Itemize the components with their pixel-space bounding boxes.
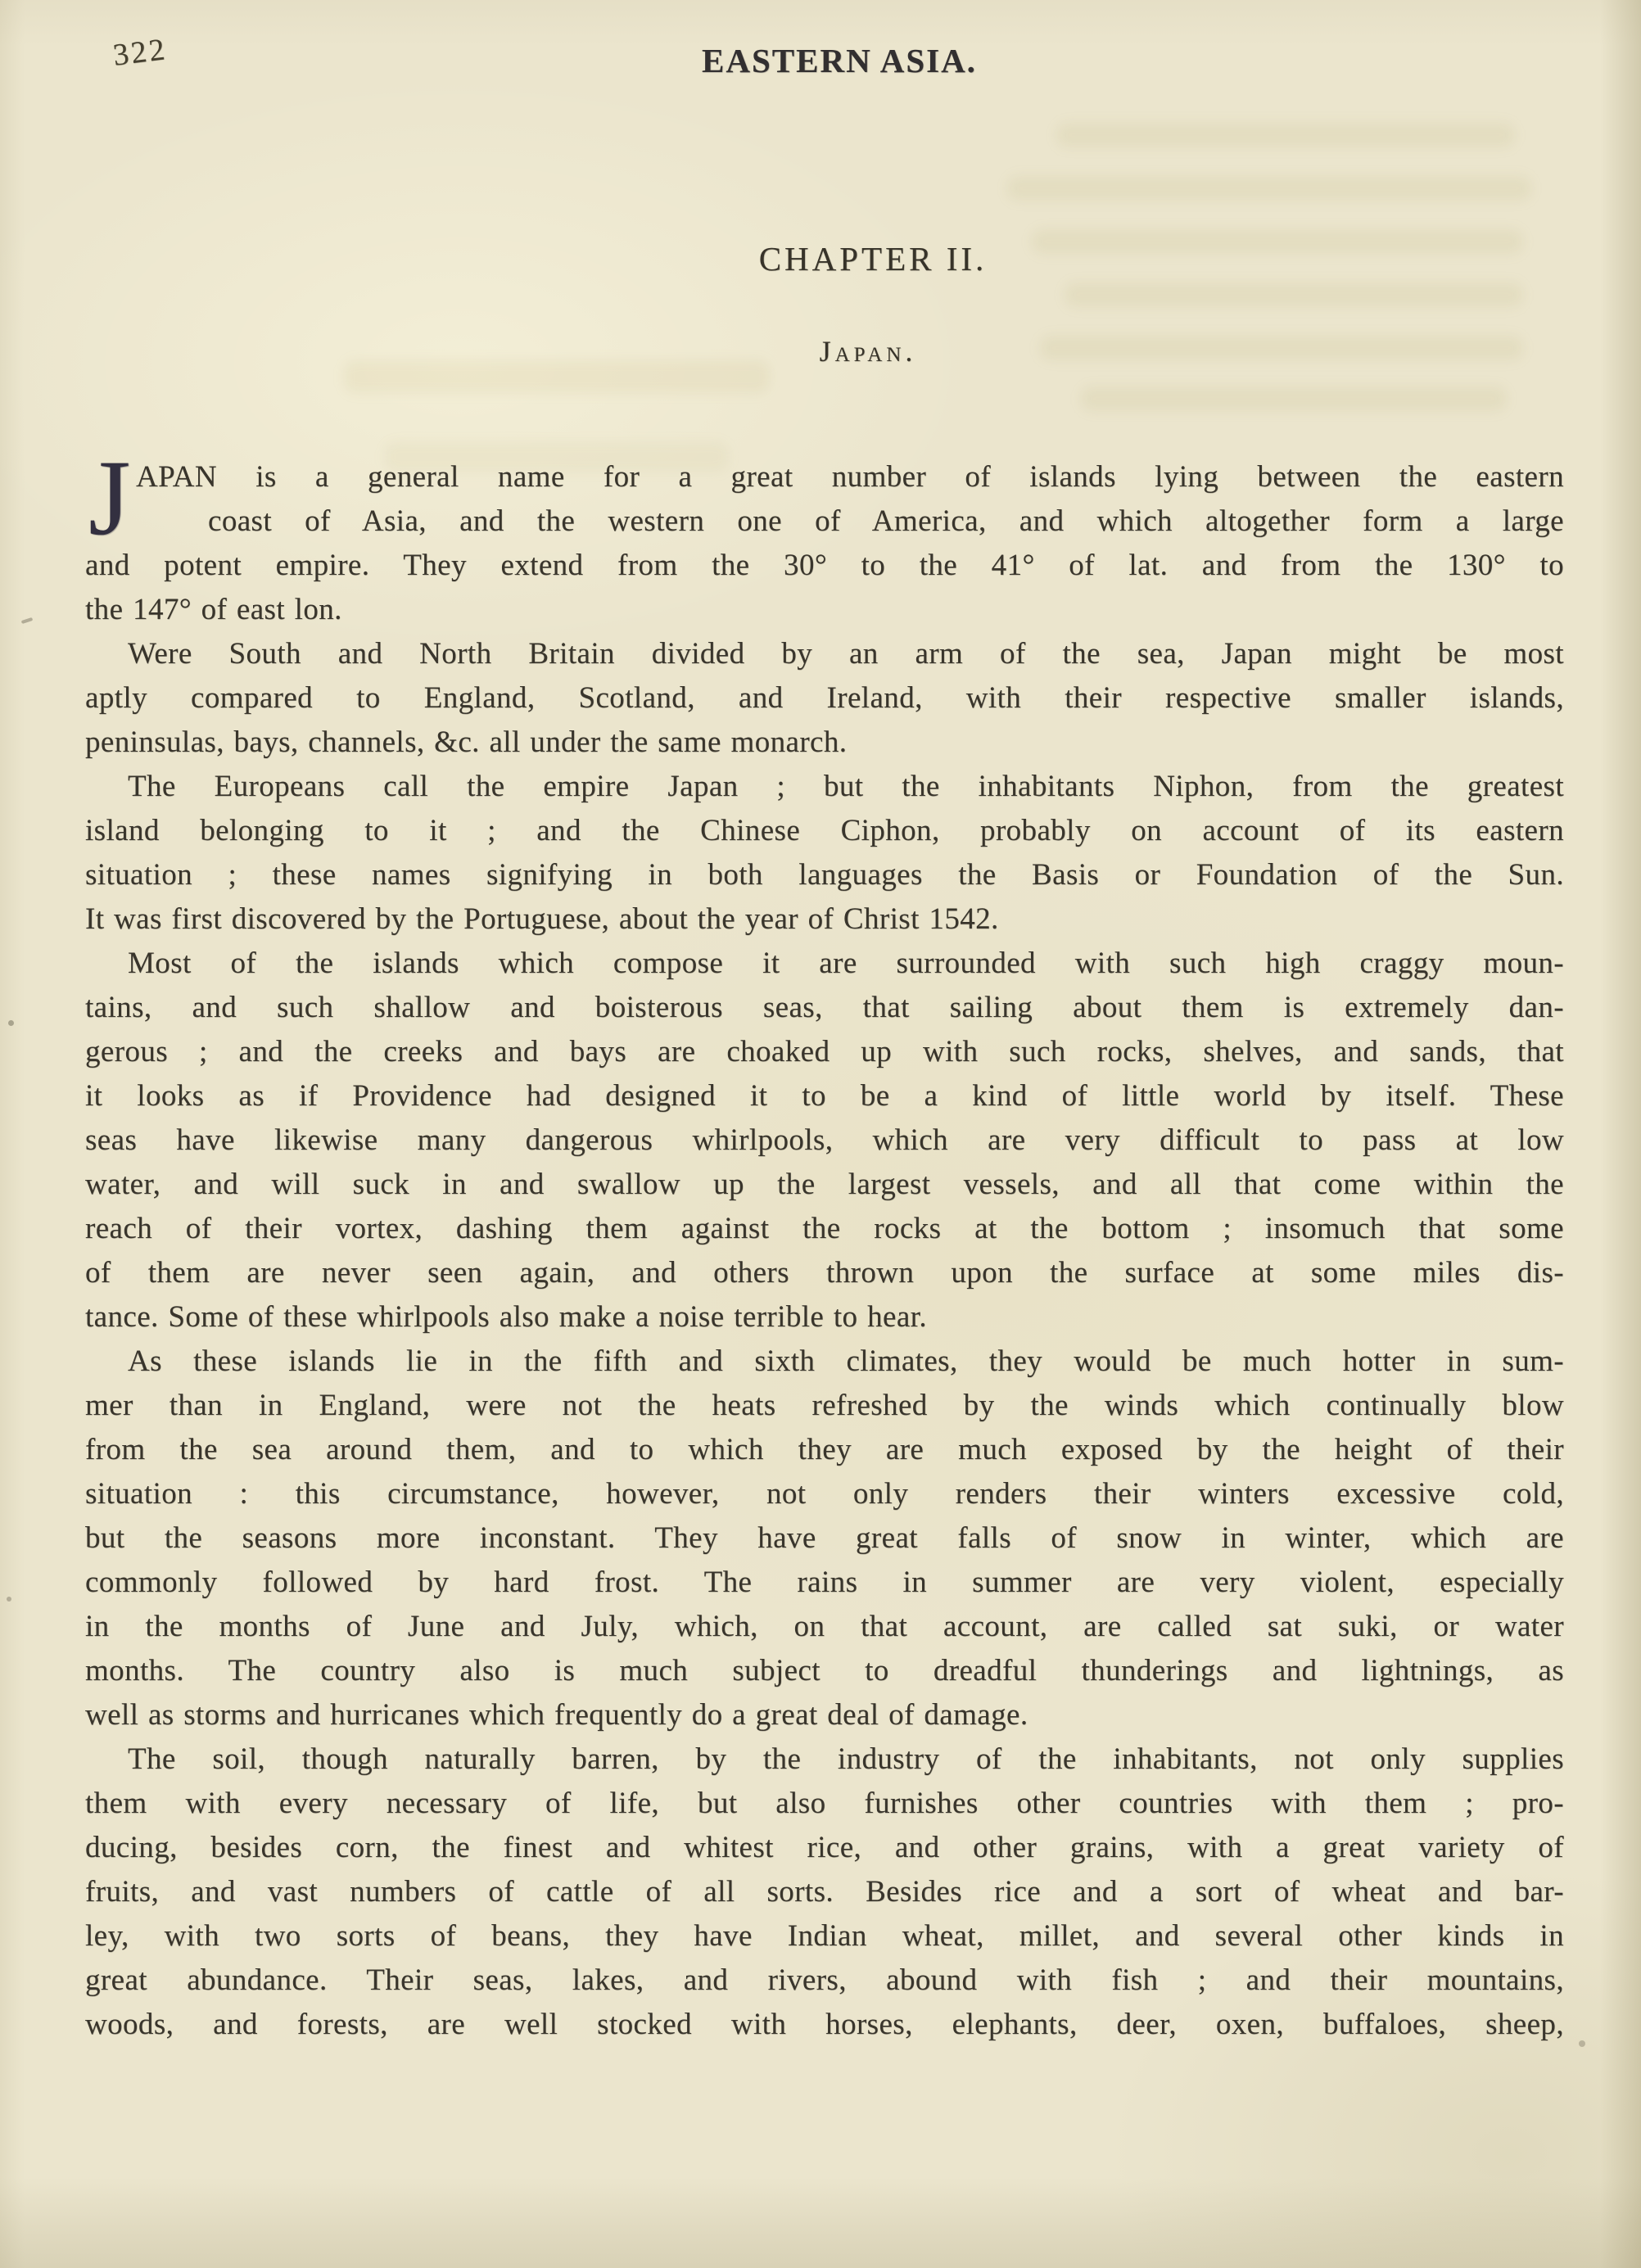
book-page-scan: 322 EASTERN ASIA. CHAPTER II. Japan. JAP… xyxy=(0,0,1641,2268)
ink-speck xyxy=(21,617,34,624)
bleed-through-line xyxy=(1081,386,1507,411)
text-line: island belonging to it ; and the Chinese… xyxy=(85,809,1564,853)
text-line: As these islands lie in the fifth and si… xyxy=(85,1340,1564,1384)
paragraph: The Europeans call the empire Japan ; bu… xyxy=(85,765,1564,942)
text-line: The soil, though naturally barren, by th… xyxy=(85,1737,1564,1782)
text-line: coast of Asia, and the western one of Am… xyxy=(85,499,1564,544)
bleed-through-line xyxy=(1056,123,1515,147)
text-line: of them are never seen again, and others… xyxy=(85,1251,1564,1295)
paragraph: As these islands lie in the fifth and si… xyxy=(85,1340,1564,1737)
text-line: situation ; these names signifying in bo… xyxy=(85,853,1564,897)
text-line: situation : this circumstance, however, … xyxy=(85,1472,1564,1516)
text-line: water, and will suck in and swallow up t… xyxy=(85,1163,1564,1207)
text-line: It was first discovered by the Portugues… xyxy=(85,897,1564,942)
text-line: fruits, and vast numbers of cattle of al… xyxy=(85,1870,1564,1914)
ink-speck xyxy=(1579,2040,1585,2047)
text-line: from the sea around them, and to which t… xyxy=(85,1428,1564,1472)
text-line: great abundance. Their seas, lakes, and … xyxy=(85,1959,1564,2003)
text-line: Most of the islands which compose it are… xyxy=(85,942,1564,986)
text-line: ducing, besides corn, the finest and whi… xyxy=(85,1826,1564,1870)
running-header: EASTERN ASIA. xyxy=(19,41,1641,80)
text-line: The Europeans call the empire Japan ; bu… xyxy=(85,765,1564,809)
ink-speck xyxy=(7,1597,11,1602)
text-line: tance. Some of these whirlpools also mak… xyxy=(85,1295,1564,1340)
text-line: and potent empire. They extend from the … xyxy=(85,544,1564,588)
text-line: gerous ; and the creeks and bays are cho… xyxy=(85,1030,1564,1074)
text-line: woods, and forests, are well stocked wit… xyxy=(85,2003,1564,2047)
text-line: APAN is a general name for a great numbe… xyxy=(85,455,1564,499)
text-line: mer than in England, were not the heats … xyxy=(85,1384,1564,1428)
paragraph: JAPAN is a general name for a great numb… xyxy=(85,455,1564,632)
paragraph: Most of the islands which compose it are… xyxy=(85,942,1564,1340)
chapter-heading: CHAPTER II. xyxy=(52,239,1641,278)
text-line: months. The country also is much subject… xyxy=(85,1649,1564,1693)
bleed-through-line xyxy=(1007,176,1531,201)
text-line: reach of their vortex, dashing them agai… xyxy=(85,1207,1564,1251)
text-line: it looks as if Providence had designed i… xyxy=(85,1074,1564,1118)
text-line: the 147° of east lon. xyxy=(85,588,1564,632)
text-line: aptly compared to England, Scotland, and… xyxy=(85,676,1564,721)
text-line: but the seasons more inconstant. They ha… xyxy=(85,1516,1564,1561)
bleed-through-line xyxy=(1065,282,1523,307)
paragraph: The soil, though naturally barren, by th… xyxy=(85,1737,1564,2047)
paragraph: Were South and North Britain divided by … xyxy=(85,632,1564,765)
text-line: peninsulas, bays, channels, &c. all unde… xyxy=(85,721,1564,765)
text-line: well as storms and hurricanes which freq… xyxy=(85,1693,1564,1737)
text-line: in the months of June and July, which, o… xyxy=(85,1605,1564,1649)
ink-speck xyxy=(8,1020,14,1026)
text-line: commonly followed by hard frost. The rai… xyxy=(85,1561,1564,1605)
body-text: JAPAN is a general name for a great numb… xyxy=(85,455,1564,2047)
drop-cap: J xyxy=(88,444,131,552)
text-line: them with every necessary of life, but a… xyxy=(85,1782,1564,1826)
chapter-subheading: Japan. xyxy=(47,334,1641,368)
text-line: seas have likewise many dangerous whirlp… xyxy=(85,1118,1564,1163)
text-line: Were South and North Britain divided by … xyxy=(85,632,1564,676)
text-line: ley, with two sorts of beans, they have … xyxy=(85,1914,1564,1959)
text-line: tains, and such shallow and boisterous s… xyxy=(85,986,1564,1030)
